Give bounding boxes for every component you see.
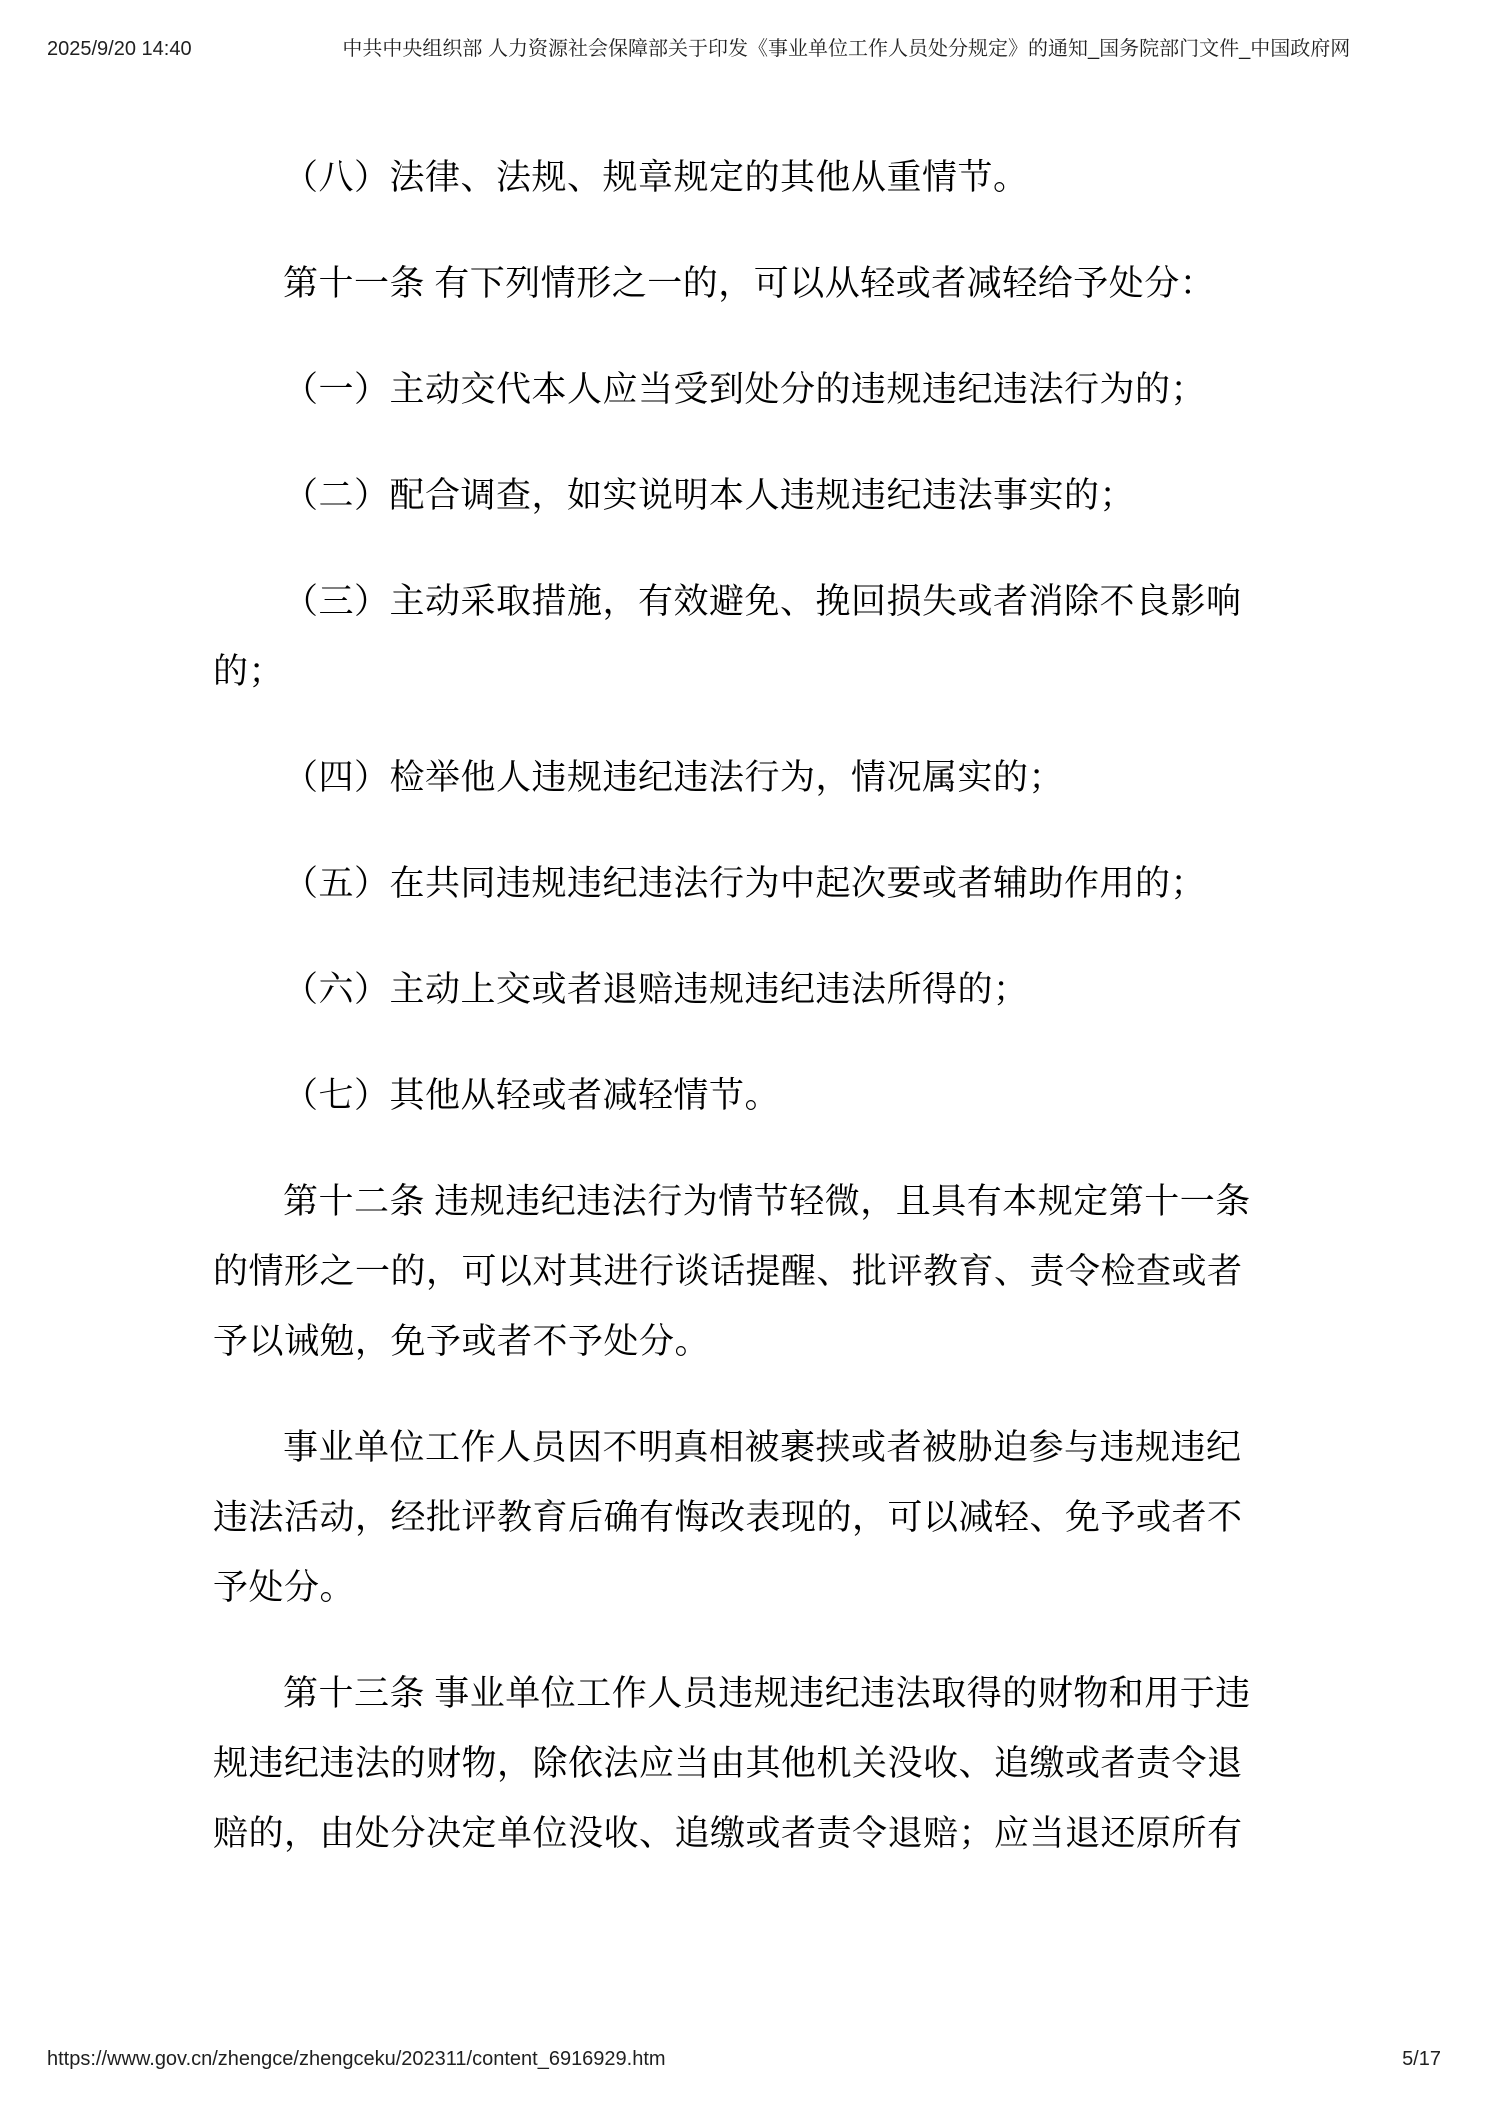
print-header: 2025/9/20 14:40 中共中央组织部 人力资源社会保障部关于印发《事业… xyxy=(47,36,1441,62)
page-title: 中共中央组织部 人力资源社会保障部关于印发《事业单位工作人员处分规定》的通知_国… xyxy=(192,36,1441,62)
paragraph: 第十三条 事业单位工作人员违规违纪违法取得的财物和用于违规违纪违法的财物，除依法… xyxy=(213,1659,1283,1869)
text-line: 予处分。 xyxy=(213,1553,1283,1623)
text-line: 赔的，由处分决定单位没收、追缴或者责令退赔；应当退还原所有 xyxy=(213,1799,1283,1869)
paragraph: 事业单位工作人员因不明真相被裹挟或者被胁迫参与违规违纪违法活动，经批评教育后确有… xyxy=(213,1413,1283,1623)
paragraph: 第十一条 有下列情形之一的，可以从轻或者减轻给予处分： xyxy=(213,249,1283,319)
text-line: 第十三条 事业单位工作人员违规违纪违法取得的财物和用于违 xyxy=(213,1659,1283,1729)
paragraph: （二）配合调查，如实说明本人违规违纪违法事实的； xyxy=(213,461,1283,531)
text-line: 规违纪违法的财物，除依法应当由其他机关没收、追缴或者责令退 xyxy=(213,1729,1283,1799)
printed-document-page: 2025/9/20 14:40 中共中央组织部 人力资源社会保障部关于印发《事业… xyxy=(0,0,1488,2104)
text-line: 的情形之一的，可以对其进行谈话提醒、批评教育、责令检查或者 xyxy=(213,1237,1283,1307)
text-line: 予以诫勉，免予或者不予处分。 xyxy=(213,1307,1283,1377)
text-line: （二）配合调查，如实说明本人违规违纪违法事实的； xyxy=(213,461,1283,531)
paragraph: （一）主动交代本人应当受到处分的违规违纪违法行为的； xyxy=(213,355,1283,425)
text-line: 第十二条 违规违纪违法行为情节轻微，且具有本规定第十一条 xyxy=(213,1167,1283,1237)
paragraph: （七）其他从轻或者减轻情节。 xyxy=(213,1061,1283,1131)
paragraph: （四）检举他人违规违纪违法行为，情况属实的； xyxy=(213,743,1283,813)
paragraph: （三）主动采取措施，有效避免、挽回损失或者消除不良影响的； xyxy=(213,567,1283,707)
text-line: （三）主动采取措施，有效避免、挽回损失或者消除不良影响 xyxy=(213,567,1283,637)
text-line: （一）主动交代本人应当受到处分的违规违纪违法行为的； xyxy=(213,355,1283,425)
paragraph: （八）法律、法规、规章规定的其他从重情节。 xyxy=(213,143,1283,213)
text-line: （四）检举他人违规违纪违法行为，情况属实的； xyxy=(213,743,1283,813)
paragraph: （五）在共同违规违纪违法行为中起次要或者辅助作用的； xyxy=(213,849,1283,919)
text-line: 的； xyxy=(213,637,1283,707)
paragraph: （六）主动上交或者退赔违规违纪违法所得的； xyxy=(213,955,1283,1025)
paragraph: 第十二条 违规违纪违法行为情节轻微，且具有本规定第十一条的情形之一的，可以对其进… xyxy=(213,1167,1283,1377)
print-footer: https://www.gov.cn/zhengce/zhengceku/202… xyxy=(47,2046,1441,2072)
text-line: （六）主动上交或者退赔违规违纪违法所得的； xyxy=(213,955,1283,1025)
text-line: （七）其他从轻或者减轻情节。 xyxy=(213,1061,1283,1131)
text-line: 事业单位工作人员因不明真相被裹挟或者被胁迫参与违规违纪 xyxy=(213,1413,1283,1483)
text-line: 第十一条 有下列情形之一的，可以从轻或者减轻给予处分： xyxy=(213,249,1283,319)
text-line: （八）法律、法规、规章规定的其他从重情节。 xyxy=(213,143,1283,213)
text-line: 违法活动，经批评教育后确有悔改表现的，可以减轻、免予或者不 xyxy=(213,1483,1283,1553)
print-timestamp: 2025/9/20 14:40 xyxy=(47,36,192,62)
text-line: （五）在共同违规违纪违法行为中起次要或者辅助作用的； xyxy=(213,849,1283,919)
page-number: 5/17 xyxy=(1402,2046,1441,2072)
document-body: （八）法律、法规、规章规定的其他从重情节。第十一条 有下列情形之一的，可以从轻或… xyxy=(213,143,1283,1905)
source-url: https://www.gov.cn/zhengce/zhengceku/202… xyxy=(47,2046,666,2072)
